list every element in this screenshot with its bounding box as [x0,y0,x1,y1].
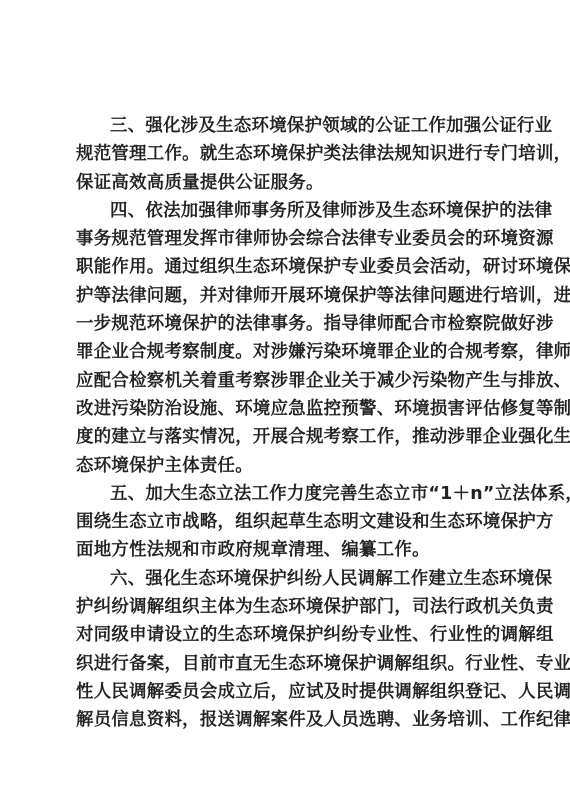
text-line: 保证高效高质量提供公证服务。 [76,169,488,197]
text-line: 面地方性法规和市政府规章清理、编纂工作。 [76,536,488,564]
text-line: 态环境保护主体责任。 [76,452,488,480]
text-line: 五、加大生态立法工作力度完善生态立市“1＋n”立法体系， [76,480,488,508]
text-line: 织进行备案，目前市直无生态环境保护调解组织。行业性、专业 [76,650,488,678]
text-line: 围绕生态立市战略，组织起草生态明文建设和生态环境保护方 [76,508,488,536]
paragraph-section-5: 五、加大生态立法工作力度完善生态立市“1＋n”立法体系， 围绕生态立市战略，组织… [76,480,488,565]
text-line: 事务规范管理发挥市律师协会综合法律专业委员会的环境资源 [76,225,488,253]
text-line: 罪企业合规考察制度。对涉嫌污染环境罪企业的合规考察，律师 [76,338,488,366]
document-body: 三、强化涉及生态环境保护领域的公证工作加强公证行业 规范管理工作。就生态环境保护… [76,112,488,735]
text-line: 四、依法加强律师事务所及律师涉及生态环境保护的法律 [76,197,488,225]
paragraph-section-6: 六、强化生态环境保护纠纷人民调解工作建立生态环境保 护纠纷调解组织主体为生态环境… [76,565,488,735]
text-line: 一步规范环境保护的法律事务。指导律师配合市检察院做好涉 [76,310,488,338]
text-line: 解员信息资料，报送调解案件及人员选聘、业务培训、工作纪律、 [76,706,488,734]
paragraph-section-3: 三、强化涉及生态环境保护领域的公证工作加强公证行业 规范管理工作。就生态环境保护… [76,112,488,197]
text-line: 三、强化涉及生态环境保护领域的公证工作加强公证行业 [76,112,488,140]
text-line: 性人民调解委员会成立后，应试及时提供调解组织登记、人民调 [76,678,488,706]
text-line: 度的建立与落实情况，开展合规考察工作，推动涉罪企业强化生 [76,423,488,451]
text-line: 护纠纷调解组织主体为生态环境保护部门，司法行政机关负责 [76,593,488,621]
text-line: 职能作用。通过组织生态环境保护专业委员会活动，研讨环境保 [76,253,488,281]
paragraph-section-4: 四、依法加强律师事务所及律师涉及生态环境保护的法律 事务规范管理发挥市律师协会综… [76,197,488,480]
text-line: 护等法律问题，并对律师开展环境保护等法律问题进行培训，进 [76,282,488,310]
document-page: 三、强化涉及生态环境保护领域的公证工作加强公证行业 规范管理工作。就生态环境保护… [0,0,570,807]
text-line: 规范管理工作。就生态环境保护类法律法规知识进行专门培训， [76,140,488,168]
text-line: 对同级申请设立的生态环境保护纠纷专业性、行业性的调解组 [76,621,488,649]
text-line: 应配合检察机关着重考察涉罪企业关于减少污染物产生与排放、 [76,367,488,395]
text-line: 六、强化生态环境保护纠纷人民调解工作建立生态环境保 [76,565,488,593]
text-line: 改进污染防治设施、环境应急监控预警、环境损害评估修复等制 [76,395,488,423]
